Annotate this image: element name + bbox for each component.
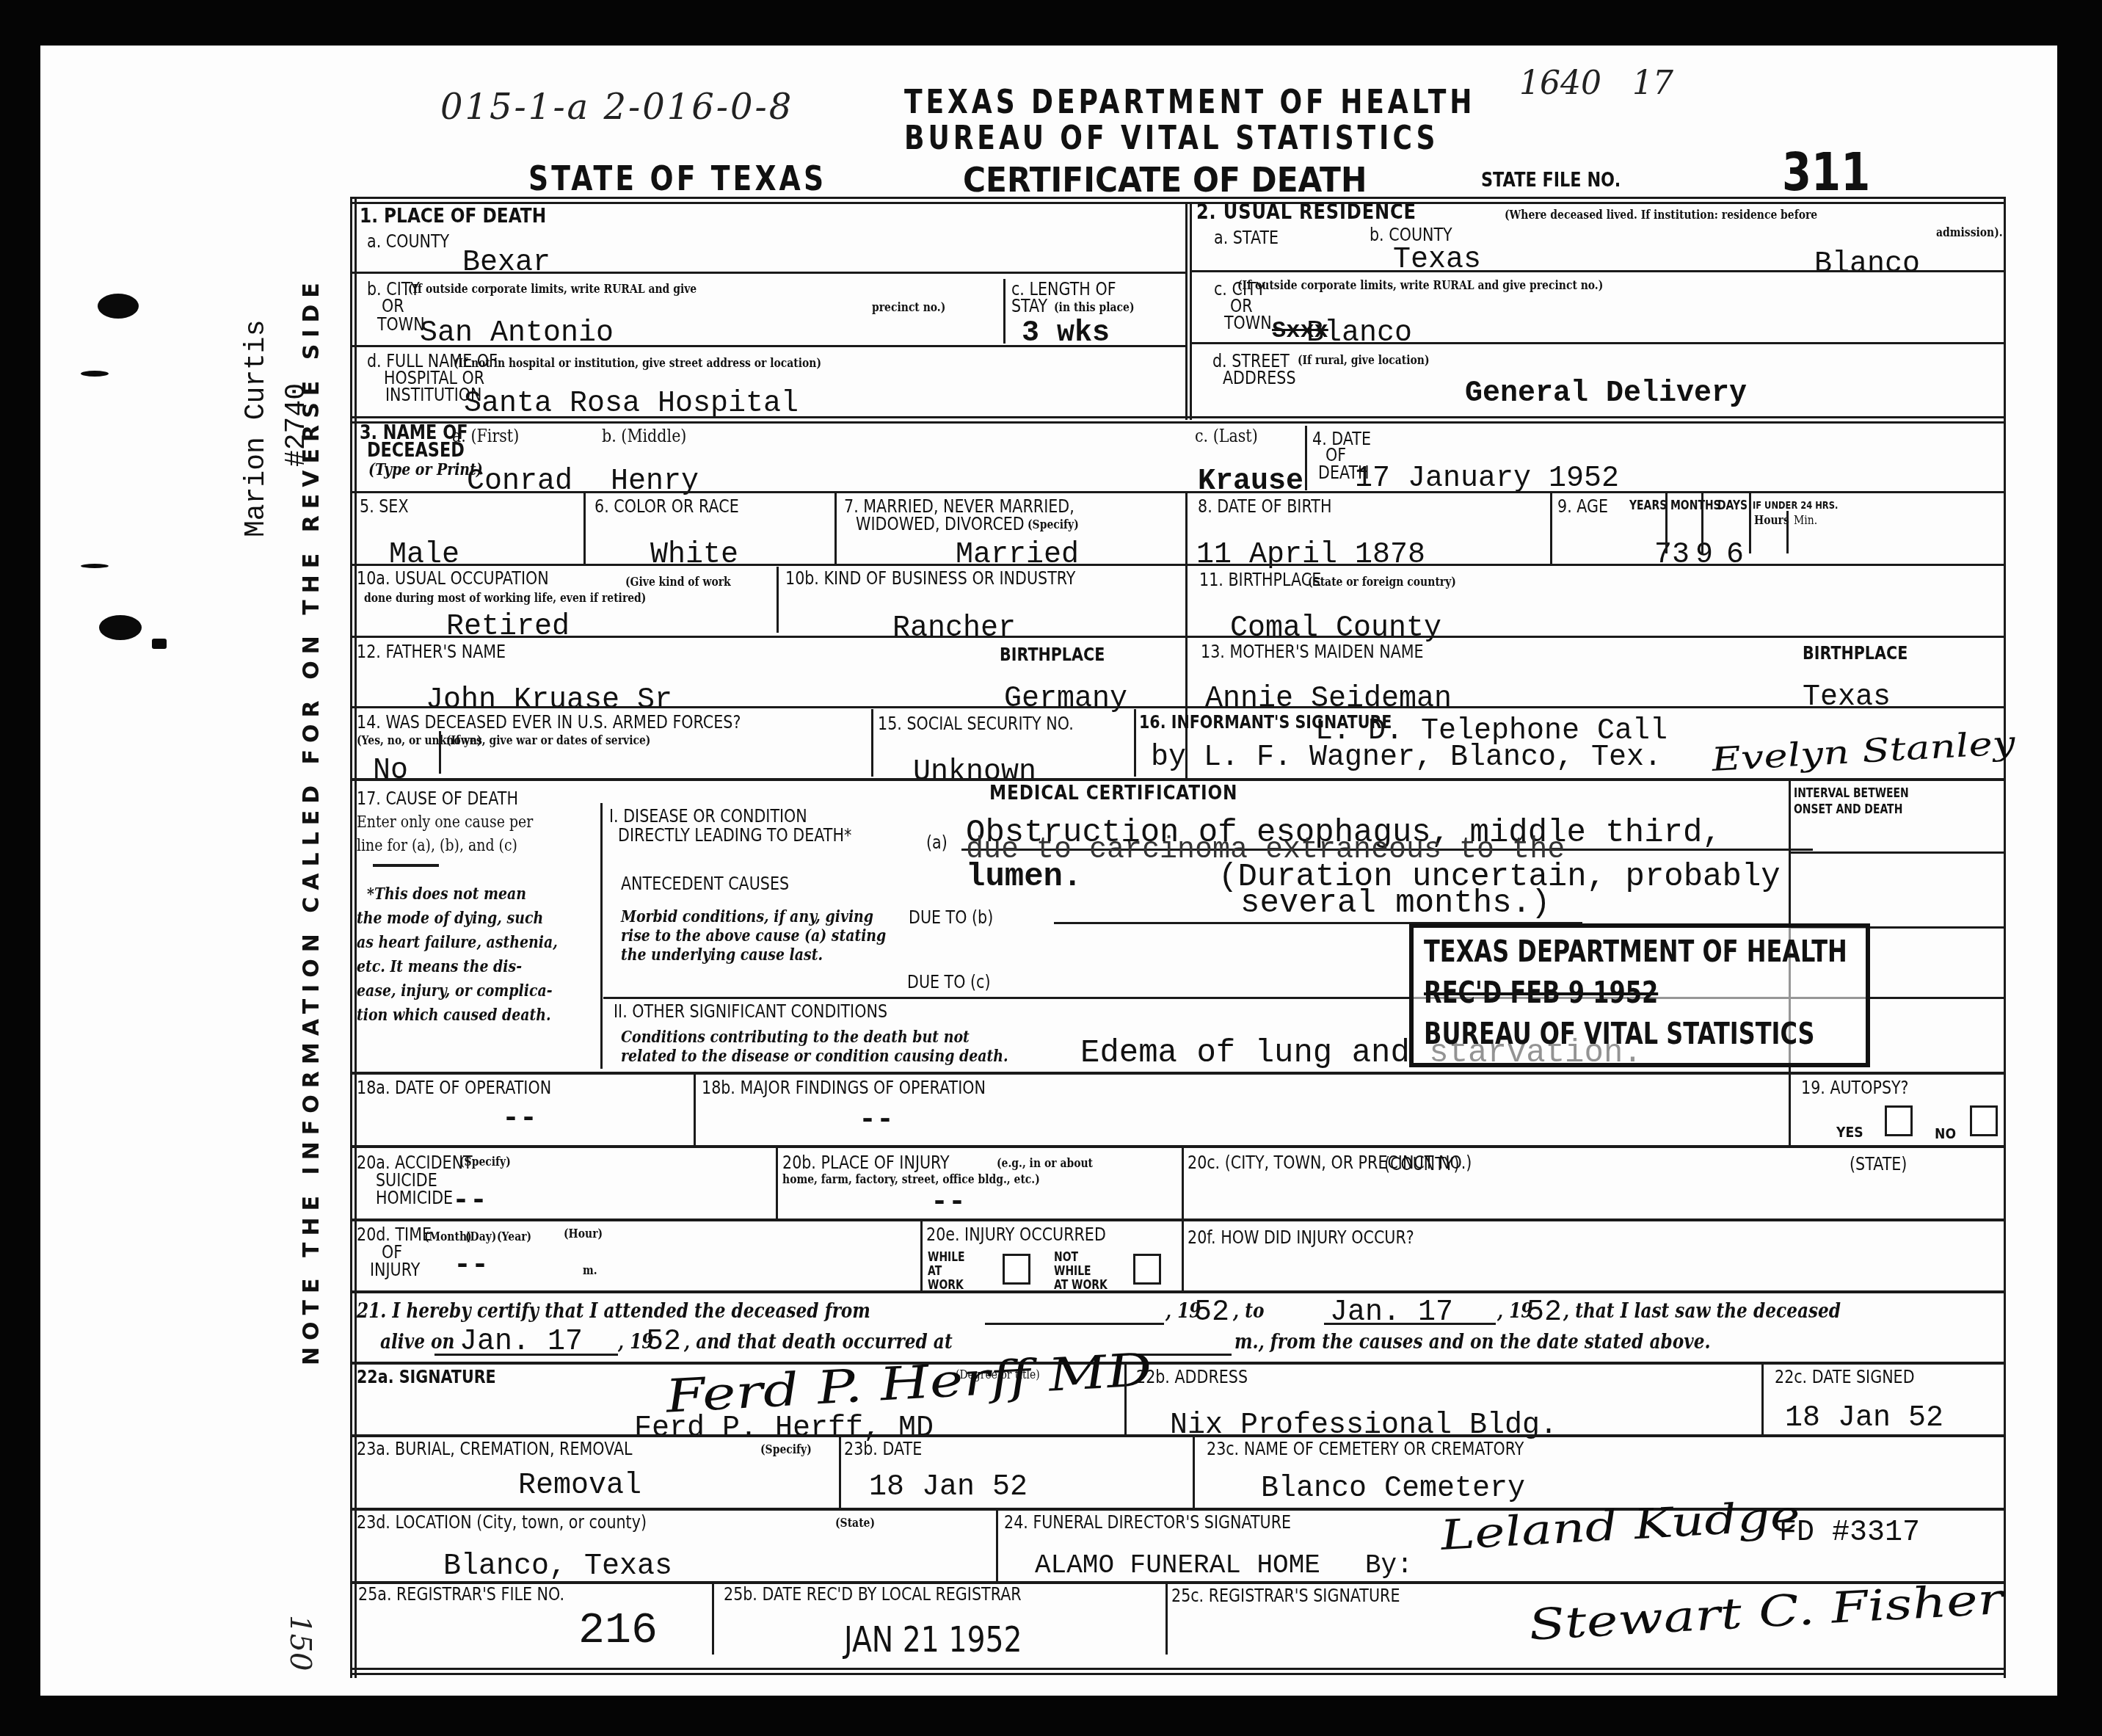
rule: [1761, 1364, 1764, 1434]
pod-city-label-or: OR: [382, 297, 404, 316]
rule: [1134, 709, 1136, 777]
footnote-1: *This does not mean: [367, 882, 526, 907]
rule: [352, 272, 1185, 274]
rule: [1749, 493, 1751, 553]
injury-type-value: --: [452, 1185, 487, 1218]
pod-city-label-town: TOWN: [377, 316, 425, 334]
marital-hint: (Specify): [1028, 518, 1079, 532]
funeral-home-value: ALAMO FUNERAL HOME: [1035, 1550, 1320, 1580]
rule: [1190, 270, 2004, 272]
rule: [871, 709, 873, 777]
side-typed-name: Marion Curtis: [241, 320, 272, 537]
armed-hint-2: (If yes, give war or dates of service): [446, 734, 650, 748]
from-year: 52: [1194, 1296, 1229, 1329]
to-year: 52: [1527, 1296, 1562, 1329]
due-to-c: DUE TO (c): [907, 973, 990, 992]
age-years-label: YEARS: [1629, 499, 1667, 513]
pod-county-label: a. COUNTY: [367, 233, 449, 251]
rule: [776, 1148, 778, 1219]
age-label: 9. AGE: [1557, 498, 1608, 516]
res-county-label: b. COUNTY: [1370, 226, 1452, 244]
informant-line-2: by L. F. Wagner, Blanco, Tex.: [1151, 741, 1662, 774]
to-text: , to: [1233, 1299, 1264, 1323]
birthplace-hint: (State or foreign country): [1308, 575, 1456, 589]
burial-date-label: 23b. DATE: [844, 1440, 922, 1459]
rule: [777, 567, 779, 633]
father-birthplace-value: Germany: [1004, 683, 1127, 716]
rule: [1786, 511, 1789, 553]
address-label: 22b. ADDRESS: [1136, 1368, 1248, 1387]
bottom-left-number: 150: [283, 1615, 317, 1671]
dob-value: 11 April 1878: [1196, 539, 1425, 572]
burial-method-hint: (Specify): [760, 1443, 812, 1457]
rule: [352, 1581, 2004, 1584]
state-file-number: 311: [1782, 141, 1870, 203]
rule: [352, 1145, 2004, 1148]
armed-value: No: [373, 755, 408, 788]
race-value: White: [650, 539, 738, 572]
rule: [352, 1434, 2004, 1437]
age-days-label: DAYS: [1717, 499, 1748, 513]
rule: [1550, 493, 1552, 564]
autopsy-no-label: NO: [1935, 1125, 1956, 1143]
alive-year: 52: [646, 1326, 681, 1359]
punch-hole: [81, 564, 109, 568]
medical-certification-title: MEDICAL CERTIFICATION: [989, 784, 1237, 802]
state-file-label: STATE FILE NO.: [1481, 172, 1621, 190]
rule: [352, 1362, 2004, 1365]
stay-label-2: STAY: [1011, 297, 1047, 316]
injury-m-label: m.: [583, 1264, 597, 1278]
location-state-label: (State): [835, 1517, 875, 1530]
cause-a-line-4: several months.): [1240, 885, 1550, 922]
marital-label-2: WIDOWED, DIVORCED: [856, 515, 1025, 534]
date-signed-label: 22c. DATE SIGNED: [1775, 1368, 1915, 1387]
rule: [1003, 279, 1005, 344]
first-name-label: a. (First): [452, 427, 519, 446]
footnote-5: ease, injury, or complica-: [357, 979, 553, 1003]
rule: [352, 706, 2004, 708]
name-label-2: DECEASED: [367, 442, 465, 460]
res-city-hint: (If outside corporate limits, write RURA…: [1237, 279, 1603, 293]
rule: [439, 731, 441, 774]
hours-label: Hours: [1754, 514, 1789, 528]
injury-type-label-3: HOMICIDE: [376, 1189, 453, 1207]
punch-hole: [152, 639, 167, 649]
punch-hole: [99, 615, 142, 640]
first-name-value: Conrad: [467, 465, 572, 498]
part2-label: II. OTHER SIGNIFICANT CONDITIONS: [614, 1003, 887, 1021]
while-at-work-checkbox[interactable]: [1003, 1254, 1030, 1285]
burial-method-value: Removal: [518, 1470, 641, 1503]
center-divider: [1185, 203, 1188, 420]
ssn-label: 15. SOCIAL SECURITY NO.: [878, 715, 1074, 733]
certify-line-2-end: m., from the causes and on the date stat…: [1234, 1330, 1711, 1354]
blank-line: [434, 1354, 618, 1356]
registrar-date-value: JAN 21 1952: [844, 1619, 1022, 1660]
address-value: Nix Professional Bldg.: [1170, 1409, 1557, 1442]
name-label-3: (Type or Print): [368, 461, 483, 479]
autopsy-no-checkbox[interactable]: [1970, 1105, 1998, 1136]
armed-label: 14. WAS DECEASED EVER IN U.S. ARMED FORC…: [357, 713, 741, 732]
cause-label: 17. CAUSE OF DEATH: [357, 790, 518, 808]
rule: [712, 1584, 714, 1655]
under24-label: IF UNDER 24 HRS.: [1753, 499, 1838, 513]
blank-line: [985, 1323, 1164, 1325]
stamp-line-1: TEXAS DEPARTMENT OF HEALTH: [1424, 935, 1847, 969]
rule: [1193, 1436, 1195, 1508]
mother-birthplace-label: BIRTHPLACE: [1803, 644, 1908, 663]
a-marker: (a): [926, 834, 948, 852]
middle-name-label: b. (Middle): [602, 427, 686, 446]
registrar-file-label: 25a. REGISTRAR'S FILE NO.: [358, 1586, 564, 1604]
registrar-signature-label: 25c. REGISTRAR'S SIGNATURE: [1171, 1587, 1400, 1605]
operation-date-value: --: [502, 1103, 537, 1136]
operation-date-label: 18a. DATE OF OPERATION: [357, 1079, 551, 1097]
pod-city-hint-2: precinct no.): [872, 301, 945, 315]
handwritten-number: 1640 17: [1519, 65, 1673, 102]
injury-year-label: (Year): [497, 1230, 531, 1244]
footnote-4: etc. It means the dis-: [357, 955, 522, 979]
industry-value: Rancher: [892, 612, 1016, 645]
rule: [352, 778, 2004, 781]
injury-how-label: 20f. HOW DID INJURY OCCUR?: [1188, 1229, 1414, 1247]
operation-findings-label: 18b. MAJOR FINDINGS OF OPERATION: [702, 1079, 986, 1097]
stamp-line-2: REC'D FEB 9 1952: [1424, 976, 1658, 1010]
not-while-at-work-checkbox[interactable]: [1133, 1254, 1161, 1285]
location-value: Blanco, Texas: [443, 1550, 672, 1583]
rule: [600, 803, 603, 1069]
rule: [996, 1511, 998, 1583]
birthplace-label: 11. BIRTHPLACE: [1199, 571, 1321, 589]
res-street-hint: (If rural, give location): [1298, 354, 1430, 368]
date-signed-value: 18 Jan 52: [1785, 1402, 1943, 1435]
occupation-hint-2: done during most of working life, even i…: [364, 592, 646, 606]
res-state-label: a. STATE: [1214, 229, 1279, 247]
certificate-title: CERTIFICATE OF DEATH: [963, 160, 1367, 200]
part2-note-1: Conditions contributing to the death but…: [621, 1028, 970, 1047]
birthplace-value: Comal County: [1230, 612, 1441, 645]
rule: [373, 864, 439, 867]
occupation-label: 10a. USUAL OCCUPATION: [357, 570, 549, 588]
injury-day-label: (Day): [465, 1230, 496, 1244]
hospital-hint: (If not in hospital or institution, give…: [454, 357, 821, 371]
interval-label: INTERVAL BETWEEN: [1794, 787, 1909, 801]
injury-county-label: (COUNTY): [1384, 1155, 1460, 1174]
registrar-file-value: 216: [578, 1606, 658, 1656]
not-while-at-work-label: NOT WHILE AT WORK: [1054, 1251, 1108, 1293]
part1-label-2: DIRECTLY LEADING TO DEATH*: [618, 827, 851, 845]
rule: [834, 493, 837, 564]
footnote-2: the mode of dying, such: [357, 907, 543, 931]
certify-line-2-mid: , and that death occurred at: [684, 1330, 953, 1354]
morbid-note-2: rise to the above cause (a) stating: [621, 926, 886, 945]
rule: [1165, 1584, 1168, 1655]
occupation-value: Retired: [446, 611, 570, 644]
rule: [1305, 426, 1307, 490]
mother-label: 13. MOTHER'S MAIDEN NAME: [1201, 643, 1424, 661]
rule: [352, 564, 2004, 566]
funeral-director-label: 24. FUNERAL DIRECTOR'S SIGNATURE: [1004, 1514, 1291, 1532]
cemetery-label: 23c. NAME OF CEMETERY OR CREMATORY: [1207, 1440, 1524, 1459]
due-to-b: DUE TO (b): [909, 909, 993, 927]
rule: [1701, 493, 1703, 553]
dob-label: 8. DATE OF BIRTH: [1198, 498, 1331, 516]
rule: [352, 1072, 2004, 1075]
occupation-hint: (Give kind of work: [625, 575, 731, 589]
handwritten-code: 015-1-a 2-016-0-8: [440, 87, 793, 128]
rule: [1190, 342, 2004, 344]
pod-city-hint: (If outside corporate limits, write RURA…: [408, 283, 697, 297]
morbid-note-1: Morbid conditions, if any, giving: [621, 907, 873, 926]
footnote-6: tion which caused death.: [357, 1003, 551, 1028]
cause-a-line-3a: lumen.: [966, 859, 1082, 896]
form-top-border: [350, 197, 2006, 199]
morbid-note-3: the underlying cause last.: [621, 945, 823, 965]
age-days-value: 6: [1726, 539, 1744, 572]
injury-place-hint: (e.g., in or about: [997, 1157, 1093, 1171]
footnote-3: as heart failure, asthenia,: [357, 931, 558, 955]
residence-hint: (Where deceased lived. If institution: r…: [1505, 208, 1817, 222]
operation-findings-value: --: [859, 1104, 894, 1137]
rule: [1789, 1075, 1791, 1147]
rule: [352, 491, 2004, 493]
punch-hole: [81, 371, 109, 377]
autopsy-yes-checkbox[interactable]: [1885, 1105, 1913, 1136]
res-street-value: General Delivery: [1465, 377, 1747, 410]
injury-hour-label: (Hour): [564, 1227, 603, 1241]
state-heading: STATE OF TEXAS: [528, 159, 826, 198]
min-label: Min.: [1794, 514, 1817, 528]
injury-place-value: --: [931, 1186, 966, 1219]
place-of-death-label: 1. PLACE OF DEATH: [360, 207, 546, 225]
father-label: 12. FATHER'S NAME: [357, 643, 506, 661]
location-label: 23d. LOCATION (City, town, or county): [357, 1514, 647, 1532]
last-name-label: c. (Last): [1195, 427, 1258, 446]
stamp-line-3: BUREAU OF VITAL STATISTICS: [1424, 1017, 1815, 1051]
interval-label-2: ONSET AND DEATH: [1794, 803, 1902, 817]
cause-note-1: Enter only one cause per: [357, 810, 533, 835]
while-at-work-label: WHILE AT WORK: [928, 1251, 971, 1293]
rule: [1665, 493, 1668, 553]
alive-on-label: alive on: [380, 1330, 454, 1354]
part1-label: I. DISEASE OR CONDITION: [609, 807, 807, 826]
funeral-by-label: By:: [1365, 1550, 1413, 1580]
rule: [352, 416, 2004, 418]
rule: [1124, 1364, 1127, 1434]
rule: [352, 1290, 2004, 1293]
pod-county-value: Bexar: [462, 247, 550, 280]
cemetery-value: Blanco Cemetery: [1261, 1472, 1525, 1506]
registrar-date-label: 25b. DATE REC'D BY LOCAL REGISTRAR: [724, 1586, 1022, 1604]
burial-date-value: 18 Jan 52: [869, 1471, 1028, 1504]
father-birthplace-label: BIRTHPLACE: [1000, 646, 1105, 664]
fd-number-value: FD #3317: [1779, 1517, 1920, 1550]
received-stamp: TEXAS DEPARTMENT OF HEALTH REC'D FEB 9 1…: [1409, 923, 1870, 1067]
burial-method-label: 23a. BURIAL, CREMATION, REMOVAL: [357, 1440, 633, 1459]
stay-hint: (in this place): [1054, 301, 1134, 315]
form-right-border: [2004, 198, 2006, 1678]
injury-time-label-3: INJURY: [370, 1261, 420, 1279]
reverse-side-note: NOTE THE INFORMATION CALLED FOR ON THE R…: [299, 276, 324, 1365]
cause-note-2: line for (a), (b), and (c): [357, 834, 517, 858]
certify-line-1: 21. I hereby certify that I attended the…: [357, 1299, 870, 1323]
antecedent-label: ANTECEDENT CAUSES: [621, 875, 789, 893]
rule: [1789, 851, 2004, 854]
injury-type-hint: (Specify): [459, 1155, 511, 1169]
age-months-value: 9: [1695, 539, 1713, 572]
rule: [352, 636, 2004, 638]
form-left-border: [350, 198, 352, 1678]
part2-note-2: related to the disease or condition caus…: [621, 1047, 1008, 1066]
industry-label: 10b. KIND OF BUSINESS OR INDUSTRY: [785, 570, 1075, 588]
usual-residence-label: 2. USUAL RESIDENCE: [1196, 203, 1417, 221]
mother-birthplace-value: Texas: [1803, 681, 1891, 714]
injury-month-label: (Month): [424, 1230, 472, 1244]
rule: [583, 493, 586, 564]
middle-name-value: Henry: [611, 465, 699, 498]
agency-line-2: BUREAU OF VITAL STATISTICS: [904, 120, 1439, 157]
certify-line-1-end: , that I last saw the deceased: [1563, 1299, 1841, 1323]
signature-label: 22a. SIGNATURE: [357, 1368, 496, 1387]
autopsy-yes-label: YES: [1836, 1123, 1863, 1141]
residence-hint-2: admission).: [1936, 226, 2003, 240]
res-county-value: Blanco: [1814, 248, 1920, 281]
form-bottom-border: [350, 1668, 2006, 1670]
res-city-value: Blanco: [1306, 317, 1412, 350]
injury-place-label: 20b. PLACE OF INJURY: [782, 1154, 950, 1172]
age-years-value: 73: [1654, 539, 1690, 572]
injury-state-label: (STATE): [1850, 1155, 1907, 1174]
rule: [694, 1075, 696, 1147]
res-street-label-2: ADDRESS: [1223, 369, 1295, 388]
rule: [920, 1221, 923, 1292]
punch-hole: [98, 294, 139, 319]
injury-time-value: --: [454, 1249, 489, 1282]
last-name-value: Krause: [1198, 465, 1303, 498]
rule: [839, 1436, 841, 1508]
autopsy-label: 19. AUTOPSY?: [1801, 1079, 1909, 1097]
res-city-label-town: TOWN: [1224, 314, 1272, 333]
injury-place-hint-2: home, farm, factory, street, office bldg…: [782, 1173, 1040, 1187]
injury-occurred-label: 20e. INJURY OCCURRED: [926, 1226, 1106, 1244]
race-label: 6. COLOR OR RACE: [594, 498, 739, 516]
marital-value: Married: [956, 539, 1079, 572]
sex-label: 5. SEX: [360, 498, 409, 516]
blank-line: [1324, 1323, 1496, 1325]
rule: [352, 345, 1185, 347]
age-months-label: MONTHS: [1670, 499, 1721, 513]
sex-value: Male: [389, 539, 459, 572]
rule: [352, 1219, 2004, 1221]
mother-value: Annie Seideman: [1205, 683, 1452, 716]
agency-line-1: TEXAS DEPARTMENT OF HEALTH: [904, 84, 1475, 121]
